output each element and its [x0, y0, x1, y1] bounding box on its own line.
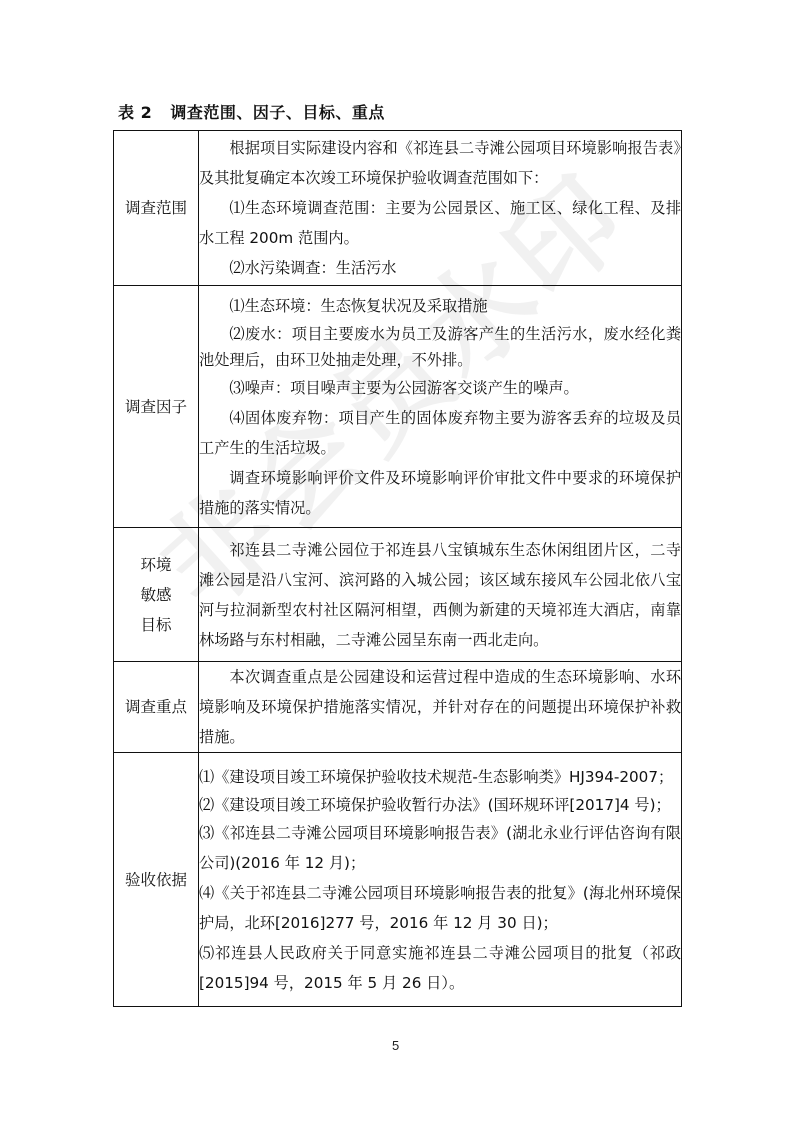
row-content-survey-focus: 本次调查重点是公园建设和运营过程中造成的生态环境影响、水环境影响及环境保护措施落…: [199, 662, 682, 753]
label-line: 目标: [114, 610, 198, 640]
paragraph: 本次调查重点是公园建设和运营过程中造成的生态环境影响、水环境影响及环境保护措施落…: [199, 662, 681, 752]
paragraph: 祁连县二寺滩公园位于祁连县八宝镇城东生态休闲组团片区，二寺滩公园是沿八宝河、滨河…: [199, 535, 681, 655]
paragraph: ⑷《关于祁连县二寺滩公园项目环境影响报告表的批复》(海北州环境保护局，北环[20…: [199, 878, 681, 938]
paragraph: ⑵《建设项目竣工环境保护验收暂行办法》(国环规环评[2017]4 号)；: [199, 792, 681, 818]
table-row-acceptance-basis: 验收依据 ⑴《建设项目竣工环境保护验收技术规范-生态影响类》HJ394-2007…: [114, 753, 682, 1007]
row-label-survey-scope: 调查范围: [114, 131, 199, 286]
table-caption: 表 2 调查范围、因子、目标、重点: [118, 100, 385, 123]
row-label-acceptance-basis: 验收依据: [114, 753, 199, 1007]
paragraph: ⑴《建设项目竣工环境保护验收技术规范-生态影响类》HJ394-2007；: [199, 762, 681, 792]
paragraph: ⑷固体废弃物：项目产生的固体废弃物主要为游客丢弃的垃圾及员工产生的生活垃圾。: [199, 403, 681, 463]
row-content-survey-scope: 根据项目实际建设内容和《祁连县二寺滩公园项目环境影响报告表》及其批复确定本次竣工…: [199, 131, 682, 286]
row-content-acceptance-basis: ⑴《建设项目竣工环境保护验收技术规范-生态影响类》HJ394-2007； ⑵《建…: [199, 753, 682, 1007]
row-label-survey-factors: 调查因子: [114, 286, 199, 528]
paragraph: ⑵水污染调查：生活污水: [199, 253, 681, 283]
paragraph: ⑴生态环境调查范围：主要为公园景区、施工区、绿化工程、及排水工程 200m 范围…: [199, 193, 681, 253]
paragraph: ⑶噪声：项目噪声主要为公园游客交谈产生的噪声。: [199, 373, 681, 403]
page-number: 5: [392, 1038, 399, 1053]
label-line: 敏感: [114, 580, 198, 610]
row-label-sensitive-targets: 环境 敏感 目标: [114, 528, 199, 662]
survey-scope-table: 调查范围 根据项目实际建设内容和《祁连县二寺滩公园项目环境影响报告表》及其批复确…: [113, 130, 682, 1007]
paragraph: 根据项目实际建设内容和《祁连县二寺滩公园项目环境影响报告表》及其批复确定本次竣工…: [199, 133, 681, 193]
table-row-survey-scope: 调查范围 根据项目实际建设内容和《祁连县二寺滩公园项目环境影响报告表》及其批复确…: [114, 131, 682, 286]
table-row-sensitive-targets: 环境 敏感 目标 祁连县二寺滩公园位于祁连县八宝镇城东生态休闲组团片区，二寺滩公…: [114, 528, 682, 662]
paragraph: ⑸祁连县人民政府关于同意实施祁连县二寺滩公园项目的批复（祁政[2015]94 号…: [199, 938, 681, 998]
row-content-sensitive-targets: 祁连县二寺滩公园位于祁连县八宝镇城东生态休闲组团片区，二寺滩公园是沿八宝河、滨河…: [199, 528, 682, 662]
paragraph: ⑶《祁连县二寺滩公园项目环境影响报告表》(湖北永业行评估咨询有限公司)(2016…: [199, 818, 681, 878]
paragraph: ⑵废水：项目主要废水为员工及游客产生的生活污水，废水经化粪池处理后，由环卫处抽走…: [199, 321, 681, 373]
paragraph: 调查环境影响评价文件及环境影响评价审批文件中要求的环境保护措施的落实情况。: [199, 463, 681, 523]
row-label-survey-focus: 调查重点: [114, 662, 199, 753]
row-content-survey-factors: ⑴生态环境：生态恢复状况及采取措施 ⑵废水：项目主要废水为员工及游客产生的生活污…: [199, 286, 682, 528]
label-line: 环境: [114, 550, 198, 580]
paragraph: ⑴生态环境：生态恢复状况及采取措施: [199, 291, 681, 321]
table-row-survey-factors: 调查因子 ⑴生态环境：生态恢复状况及采取措施 ⑵废水：项目主要废水为员工及游客产…: [114, 286, 682, 528]
table-row-survey-focus: 调查重点 本次调查重点是公园建设和运营过程中造成的生态环境影响、水环境影响及环境…: [114, 662, 682, 753]
